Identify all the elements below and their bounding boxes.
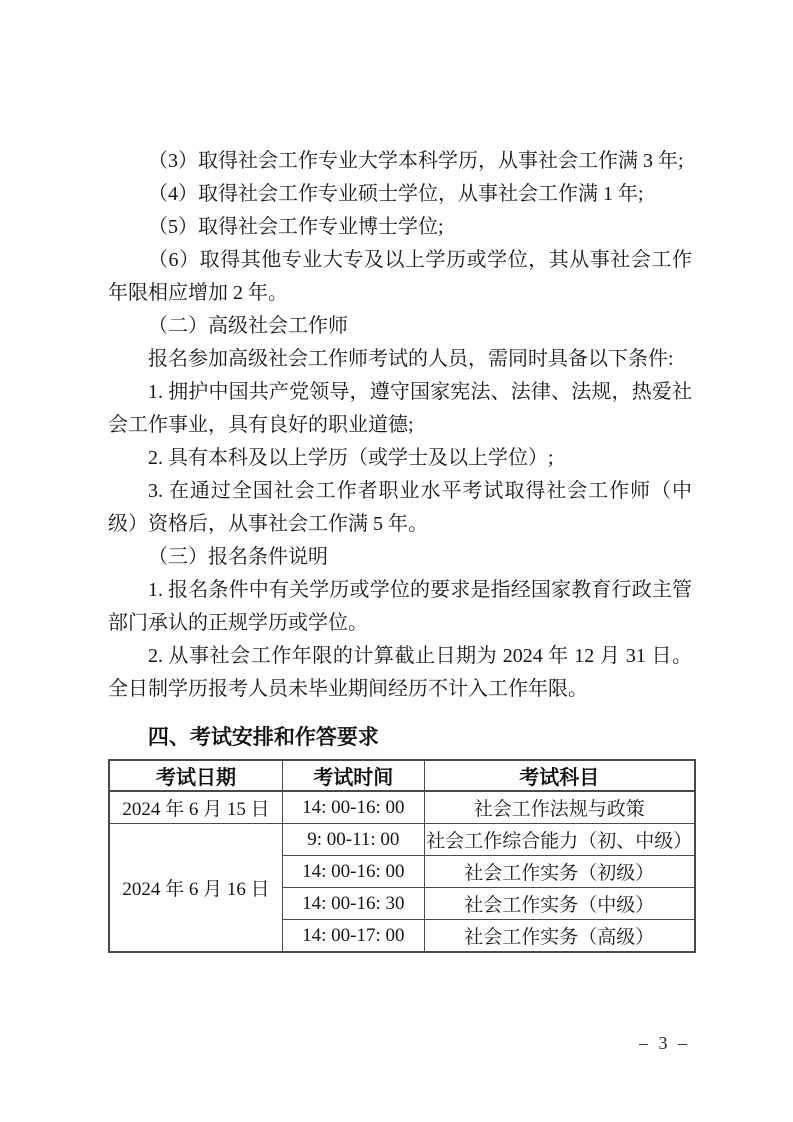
exam-subject-cell: 社会工作法规与政策 [424, 791, 695, 824]
document-content: （3）取得社会工作专业大学本科学历，从事社会工作满 3 年; （4）取得社会工作… [108, 145, 692, 953]
exam-schedule-table: 考试日期 考试时间 考试科目 2024 年 6 月 15 日 14: 00-16… [108, 759, 696, 953]
exam-subject-header: 考试科目 [424, 760, 695, 791]
body-paragraph: 2. 从事社会工作年限的计算截止日期为 2024 年 12 月 31 日。全日制… [108, 640, 692, 706]
exam-time-cell: 14: 00-16: 00 [283, 856, 424, 888]
body-paragraph: 3. 在通过全国社会工作者职业水平考试取得社会工作师（中级）资格后，从事社会工作… [108, 475, 692, 541]
exam-subject-cell: 社会工作综合能力（初、中级） [424, 824, 695, 856]
body-paragraph: （6）取得其他专业大专及以上学历或学位，其从事社会工作年限相应增加 2 年。 [108, 244, 692, 310]
exam-time-header: 考试时间 [283, 760, 424, 791]
exam-subject-cell: 社会工作实务（初级） [424, 856, 695, 888]
body-paragraph: （5）取得社会工作专业博士学位; [108, 211, 692, 244]
exam-time-cell: 14: 00-16: 00 [283, 791, 424, 824]
exam-time-cell: 14: 00-17: 00 [283, 920, 424, 953]
page-number: – 3 – [639, 1030, 690, 1056]
section-heading: 四、考试安排和作答要求 [108, 721, 692, 754]
table-header-row: 考试日期 考试时间 考试科目 [109, 760, 695, 791]
exam-subject-cell: 社会工作实务（中级） [424, 888, 695, 920]
document-page: （3）取得社会工作专业大学本科学历，从事社会工作满 3 年; （4）取得社会工作… [0, 0, 793, 1122]
body-paragraph: 2. 具有本科及以上学历（或学士及以上学位）; [108, 442, 692, 475]
exam-date-cell: 2024 年 6 月 15 日 [109, 791, 283, 824]
subsection-heading-3: （三）报名条件说明 [108, 541, 692, 574]
subsection-heading-2: （二）高级社会工作师 [108, 310, 692, 343]
body-paragraph: 报名参加高级社会工作师考试的人员，需同时具备以下条件: [108, 343, 692, 376]
exam-time-cell: 14: 00-16: 30 [283, 888, 424, 920]
exam-date-header: 考试日期 [109, 760, 283, 791]
body-paragraph: 1. 拥护中国共产党领导，遵守国家宪法、法律、法规，热爱社会工作事业，具有良好的… [108, 376, 692, 442]
exam-date-cell: 2024 年 6 月 16 日 [109, 824, 283, 953]
exam-time-cell: 9: 00-11: 00 [283, 824, 424, 856]
table-row: 2024 年 6 月 15 日 14: 00-16: 00 社会工作法规与政策 [109, 791, 695, 824]
exam-subject-cell: 社会工作实务（高级） [424, 920, 695, 953]
body-paragraph: 1. 报名条件中有关学历或学位的要求是指经国家教育行政主管部门承认的正规学历或学… [108, 574, 692, 640]
body-paragraph: （4）取得社会工作专业硕士学位，从事社会工作满 1 年; [108, 178, 692, 211]
table-row: 2024 年 6 月 16 日 9: 00-11: 00 社会工作综合能力（初、… [109, 824, 695, 856]
body-paragraph: （3）取得社会工作专业大学本科学历，从事社会工作满 3 年; [108, 145, 692, 178]
